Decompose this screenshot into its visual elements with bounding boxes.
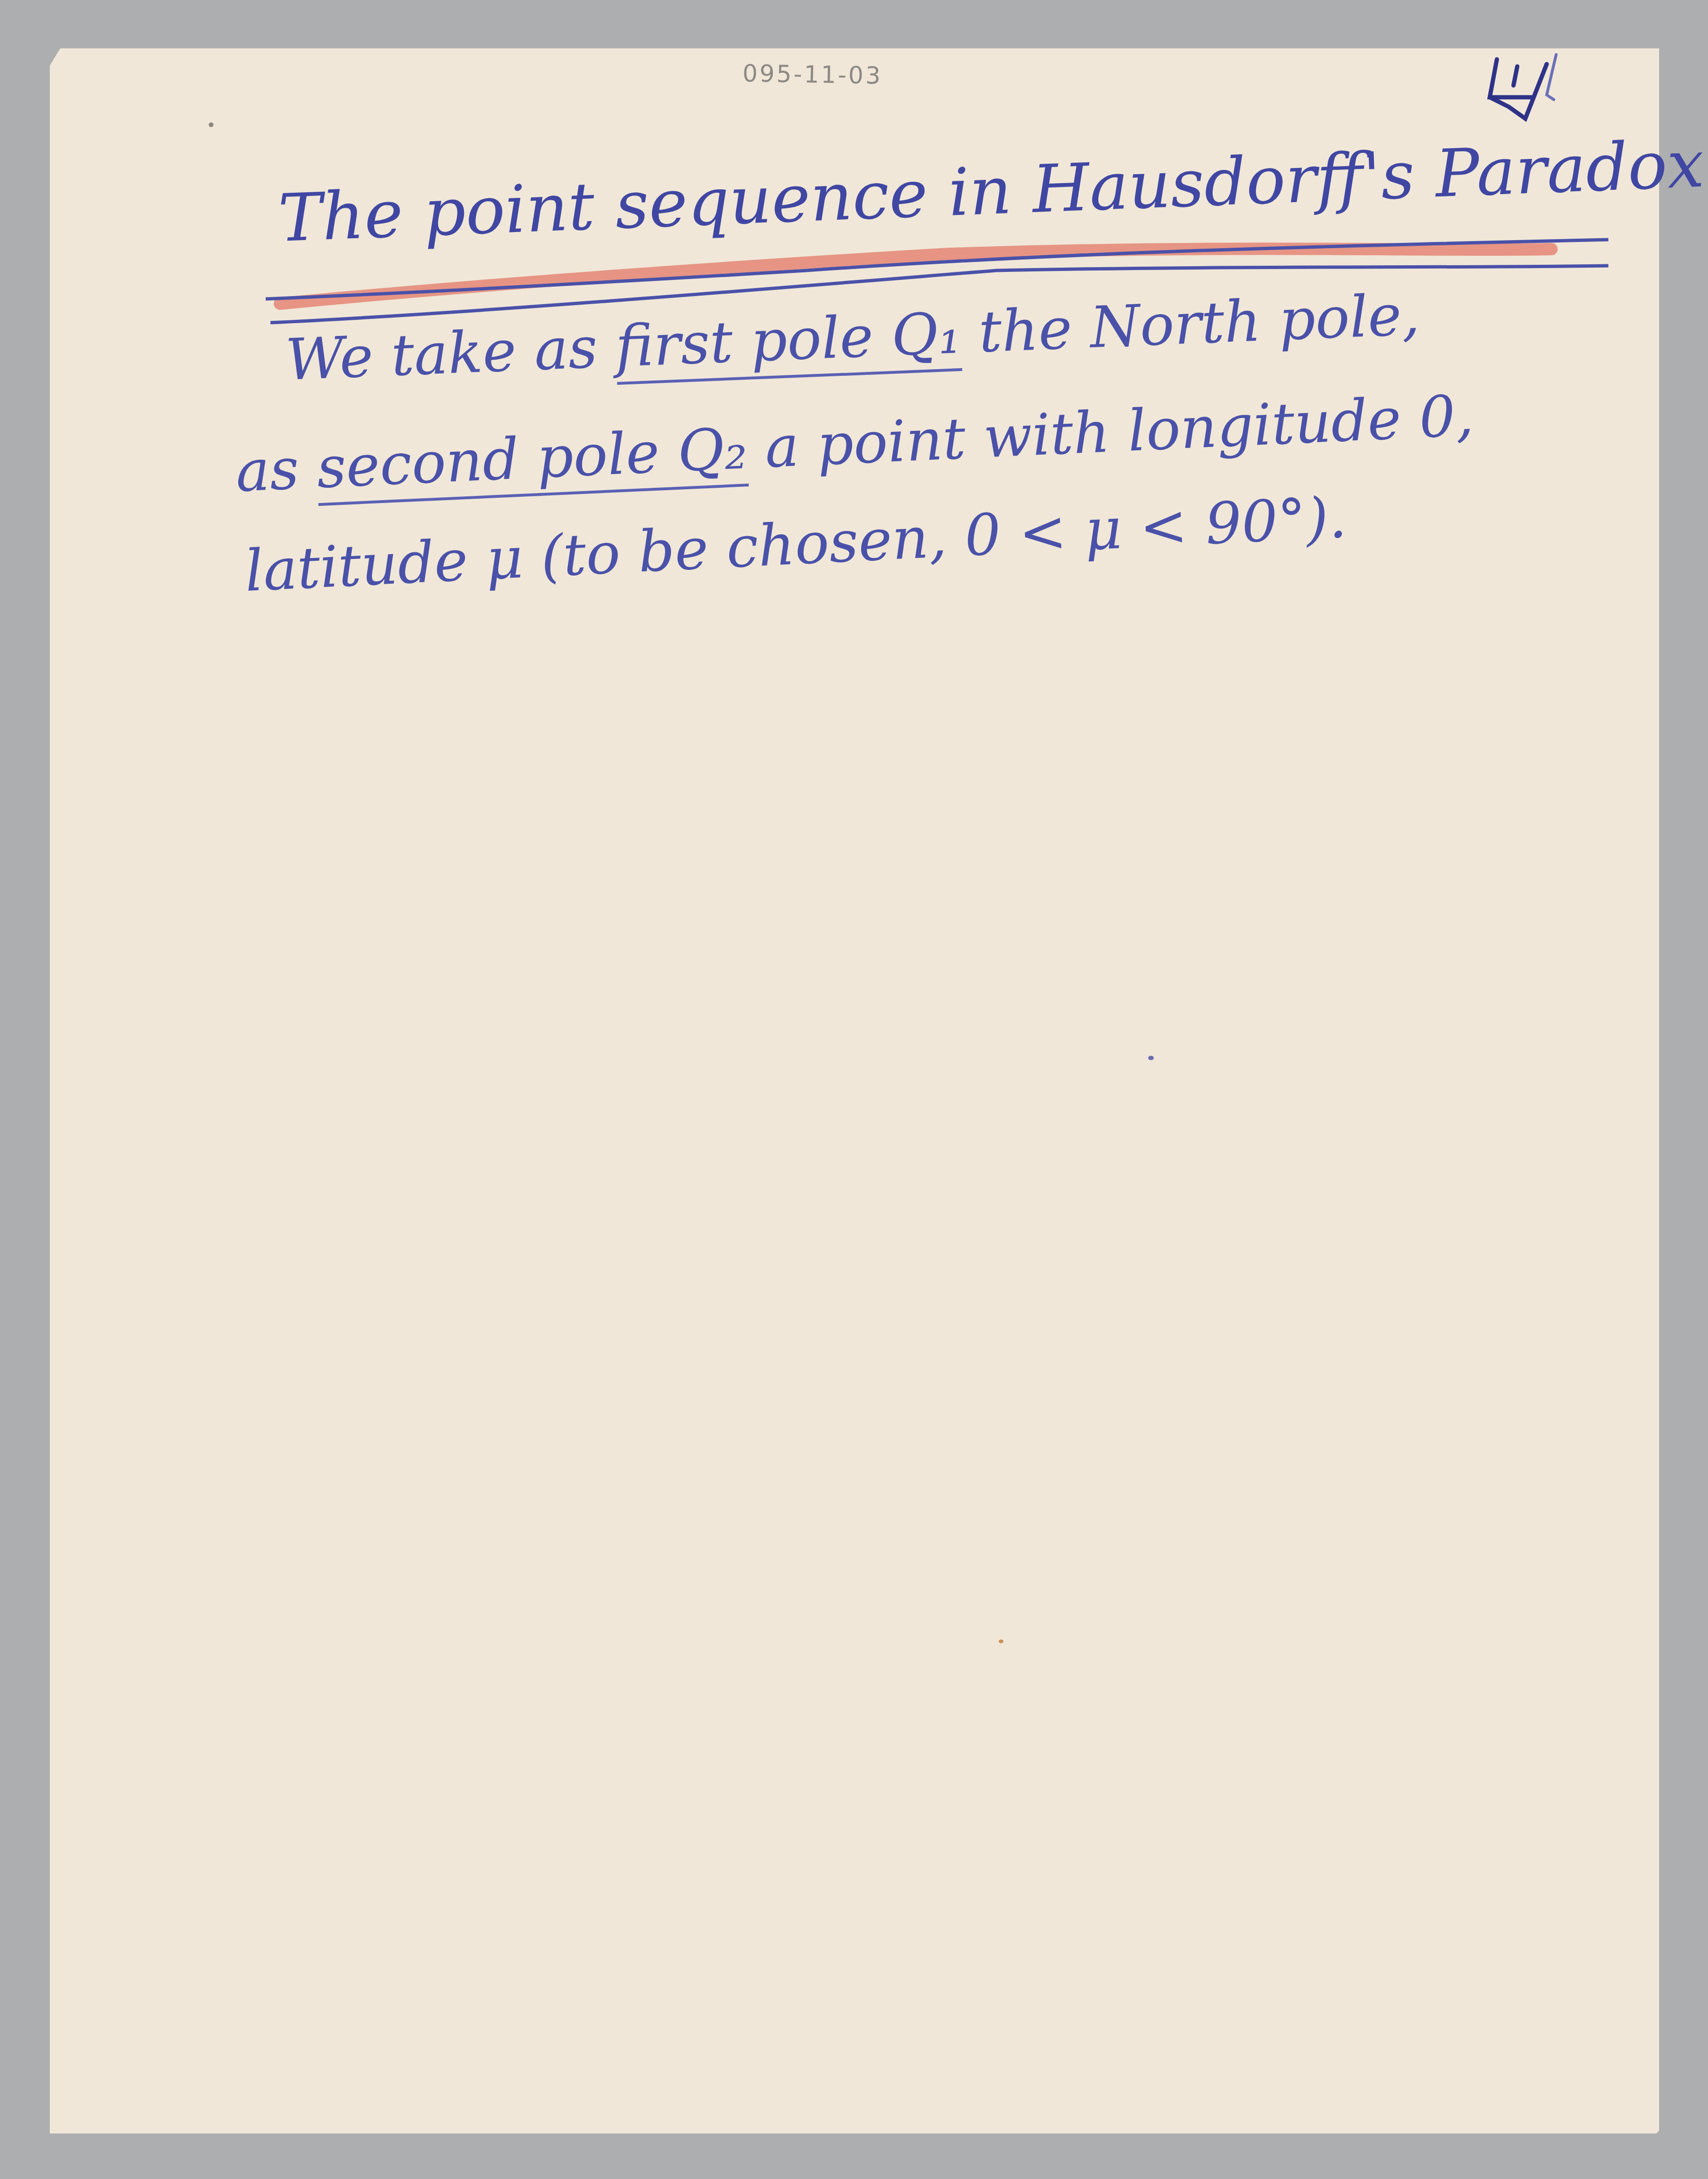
archive-number: 095-11-03 [743,59,883,89]
text-segment: as [234,435,318,505]
paper-speck [1148,1056,1154,1060]
first-pole-term: first pole Q₁ [614,300,962,385]
paper-speck [999,1639,1003,1643]
text-segment: We take as [284,314,617,393]
paper-speck [209,122,213,127]
